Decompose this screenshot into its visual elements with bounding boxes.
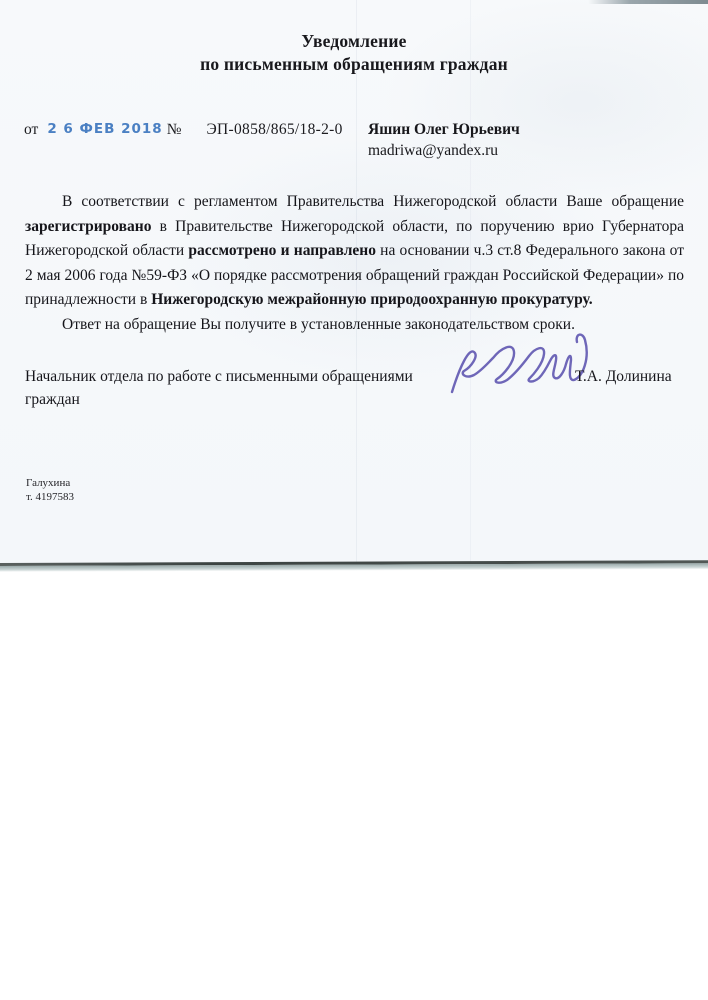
date-stamp: 2 6 ФЕВ 2018	[47, 121, 162, 137]
addressee-email: madriwa@yandex.ru	[368, 140, 520, 161]
executor-name: Галухина	[26, 477, 74, 491]
addressee-block: Яшин Олег Юрьевич madriwa@yandex.ru	[368, 119, 520, 161]
document-title-line2: по письменным обращениям граждан	[0, 53, 708, 76]
executor-phone: т. 4197583	[26, 491, 74, 505]
addressee-name: Яшин Олег Юрьевич	[368, 119, 520, 140]
scan-edge-artifact	[588, 0, 708, 4]
reference-row: от 2 6 ФЕВ 2018 № ЭП-0858/865/18-2-0	[24, 121, 343, 139]
from-label: от	[24, 121, 38, 139]
document-title: Уведомление по письменным обращениям гра…	[0, 30, 708, 76]
page-bottom-edge	[0, 560, 708, 572]
number-label: №	[167, 121, 182, 139]
document-title-line1: Уведомление	[0, 30, 708, 53]
signer-name: Т.А. Долинина	[575, 368, 672, 386]
body-text: В соответствии с регламентом Правительст…	[25, 190, 684, 338]
main-paragraph: В соответствии с регламентом Правительст…	[25, 190, 684, 313]
executor-block: Галухина т. 4197583	[26, 477, 74, 504]
scanned-letter: Уведомление по письменным обращениям гра…	[0, 0, 708, 1000]
registration-number: ЭП-0858/865/18-2-0	[206, 121, 342, 139]
signer-position-title: Начальник отдела по работе с письменными…	[25, 366, 457, 411]
